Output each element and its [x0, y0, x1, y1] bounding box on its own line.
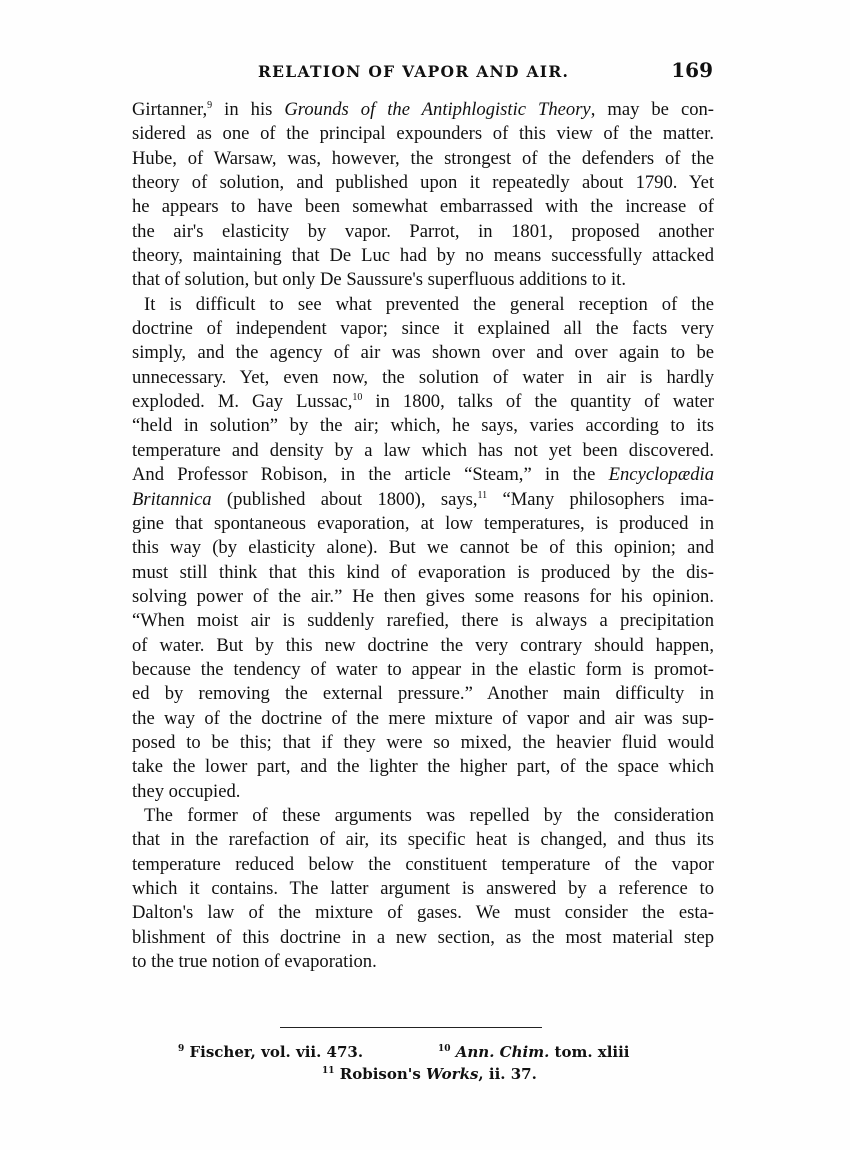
text-run: gine that spontaneous evaporation, at lo…: [132, 513, 714, 534]
body-text: Girtanner,9 in his Grounds of the Antiph…: [132, 98, 714, 974]
text-run: that in the rarefaction of air, its spec…: [132, 829, 714, 850]
footnote-mark: 9: [178, 1044, 184, 1054]
text-run: (published about 1800), says,: [212, 489, 478, 510]
text-line: to the true notion of evaporation.: [132, 950, 714, 974]
text-run: he appears to have been somewhat embarra…: [132, 196, 714, 217]
text-run: theory of solution, and published upon i…: [132, 172, 714, 193]
text-line: he appears to have been somewhat embarra…: [132, 195, 714, 219]
text-run: ed by removing the external pressure.” A…: [132, 683, 714, 704]
text-line: that in the rarefaction of air, its spec…: [132, 828, 714, 852]
text-line: sidered as one of the principal expounde…: [132, 122, 714, 146]
text-run: “When moist air is suddenly rarefied, th…: [132, 610, 714, 631]
footnote-text: , ii. 37.: [478, 1065, 536, 1083]
text-run: in his: [212, 99, 284, 120]
text-run: And Professor Robison, in the article “S…: [132, 464, 609, 485]
footnote-reference: 11: [478, 490, 488, 501]
text-run: of water. But by this new doctrine the v…: [132, 635, 714, 656]
text-run: Dalton's law of the mixture of gases. We…: [132, 902, 714, 923]
text-run: take the lower part, and the lighter the…: [132, 756, 714, 777]
italic-title: Grounds of the Antiphlogistic Theory: [284, 99, 590, 120]
text-run: “Many philosophers ima-: [487, 489, 714, 510]
text-run: unnecessary. Yet, even now, the solution…: [132, 367, 714, 388]
text-run: the way of the doctrine of the mere mixt…: [132, 708, 714, 729]
text-line: Girtanner,9 in his Grounds of the Antiph…: [132, 98, 714, 122]
text-run: must still think that this kind of evapo…: [132, 562, 714, 583]
text-run: they occupied.: [132, 781, 240, 802]
footnote-11: 11 Robison's Works, ii. 37.: [322, 1065, 537, 1083]
footnote-9: 9 Fischer, vol. vii. 473.: [178, 1043, 363, 1061]
text-run: Hube, of Warsaw, was, however, the stron…: [132, 148, 714, 169]
footnote-divider: [280, 1027, 542, 1028]
text-run: which it contains. The latter argument i…: [132, 878, 714, 899]
italic-title: Britannica: [132, 489, 212, 510]
text-line: posed to be this; that if they were so m…: [132, 731, 714, 755]
text-run: , may be con-: [591, 99, 714, 120]
text-run: because the tendency of water to appear …: [132, 659, 714, 680]
text-run: temperature reduced below the constituen…: [132, 854, 714, 875]
text-line: Britannica (published about 1800), says,…: [132, 488, 714, 512]
footnote-journal: Ann. Chim.: [456, 1043, 550, 1061]
text-run: Girtanner,: [132, 99, 207, 120]
footnote-text: Fischer, vol. vii. 473.: [190, 1043, 364, 1061]
text-run: blishment of this doctrine in a new sect…: [132, 927, 714, 948]
running-head: RELATION OF VAPOR AND AIR. 169: [258, 58, 713, 88]
text-line: that of solution, but only De Saussure's…: [132, 268, 714, 292]
text-line: Dalton's law of the mixture of gases. We…: [132, 901, 714, 925]
page-number: 169: [671, 58, 713, 82]
book-page: RELATION OF VAPOR AND AIR. 169 Girtanner…: [0, 0, 850, 1150]
text-line: gine that spontaneous evaporation, at lo…: [132, 512, 714, 536]
text-run: this way (by elasticity alone). But we c…: [132, 537, 714, 558]
text-run: The former of these arguments was repell…: [144, 805, 714, 826]
text-line: take the lower part, and the lighter the…: [132, 755, 714, 779]
text-line: “When moist air is suddenly rarefied, th…: [132, 609, 714, 633]
text-line: ed by removing the external pressure.” A…: [132, 682, 714, 706]
text-run: temperature and density by a law which h…: [132, 440, 714, 461]
text-run: sidered as one of the principal expounde…: [132, 123, 714, 144]
text-line: And Professor Robison, in the article “S…: [132, 463, 714, 487]
text-line: simply, and the agency of air was shown …: [132, 341, 714, 365]
text-line: this way (by elasticity alone). But we c…: [132, 536, 714, 560]
text-run: posed to be this; that if they were so m…: [132, 732, 714, 753]
text-line: Hube, of Warsaw, was, however, the stron…: [132, 147, 714, 171]
text-line: which it contains. The latter argument i…: [132, 877, 714, 901]
text-run: simply, and the agency of air was shown …: [132, 342, 714, 363]
text-run: the air's elasticity by vapor. Parrot, i…: [132, 221, 714, 242]
text-line: temperature and density by a law which h…: [132, 439, 714, 463]
text-line: the air's elasticity by vapor. Parrot, i…: [132, 220, 714, 244]
footnote-prefix: Robison's: [340, 1065, 426, 1083]
footnote-work-title: Works: [426, 1065, 478, 1083]
footnote-mark: 10: [438, 1044, 451, 1054]
running-title: RELATION OF VAPOR AND AIR.: [258, 62, 569, 81]
text-run: solving power of the air.” He then gives…: [132, 586, 714, 607]
text-run: “held in solution” by the air; which, he…: [132, 415, 714, 436]
text-line: It is difficult to see what prevented th…: [132, 293, 714, 317]
text-line: of water. But by this new doctrine the v…: [132, 634, 714, 658]
text-line: The former of these arguments was repell…: [132, 804, 714, 828]
text-line: blishment of this doctrine in a new sect…: [132, 926, 714, 950]
italic-title: Encyclopædia: [609, 464, 714, 485]
text-line: they occupied.: [132, 780, 714, 804]
footnote-mark: 11: [322, 1066, 335, 1076]
footnote-text: tom. xliii: [549, 1043, 629, 1061]
text-line: unnecessary. Yet, even now, the solution…: [132, 366, 714, 390]
text-line: exploded. M. Gay Lussac,10 in 1800, talk…: [132, 390, 714, 414]
text-line: the way of the doctrine of the mere mixt…: [132, 707, 714, 731]
text-run: It is difficult to see what prevented th…: [144, 294, 714, 315]
text-run: theory, maintaining that De Luc had by n…: [132, 245, 714, 266]
text-line: theory, maintaining that De Luc had by n…: [132, 244, 714, 268]
footnote-reference: 10: [352, 392, 362, 403]
text-run: doctrine of independent vapor; since it …: [132, 318, 714, 339]
text-line: because the tendency of water to appear …: [132, 658, 714, 682]
footnotes: 9 Fischer, vol. vii. 473. 10 Ann. Chim. …: [150, 1043, 710, 1087]
text-run: that of solution, but only De Saussure's…: [132, 269, 626, 290]
text-line: theory of solution, and published upon i…: [132, 171, 714, 195]
text-line: “held in solution” by the air; which, he…: [132, 414, 714, 438]
text-run: in 1800, talks of the quantity of water: [362, 391, 714, 412]
text-line: doctrine of independent vapor; since it …: [132, 317, 714, 341]
text-run: exploded. M. Gay Lussac,: [132, 391, 352, 412]
footnote-10: 10 Ann. Chim. tom. xliii: [438, 1043, 630, 1061]
text-line: must still think that this kind of evapo…: [132, 561, 714, 585]
text-line: solving power of the air.” He then gives…: [132, 585, 714, 609]
text-line: temperature reduced below the constituen…: [132, 853, 714, 877]
text-run: to the true notion of evaporation.: [132, 951, 377, 972]
